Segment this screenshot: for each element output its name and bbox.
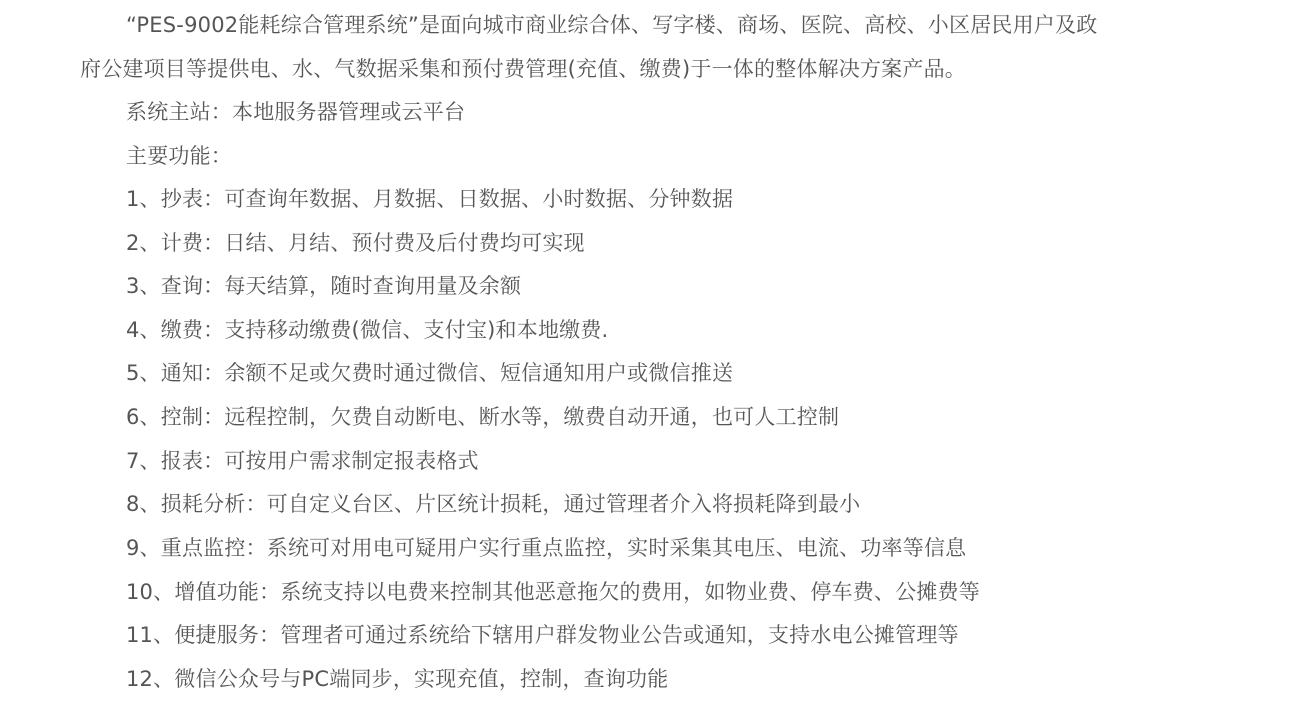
- master-station-text: 系统主站：本地服务器管理或云平台: [126, 97, 465, 127]
- functions-heading: 主要功能：: [126, 141, 232, 171]
- function-item: 6、控制：远程控制，欠费自动断电、断水等，缴费自动开通，也可人工控制: [126, 402, 839, 432]
- intro-paragraph-line-1: “PES-9002能耗综合管理系统”是面向城市商业综合体、写字楼、商场、医院、高…: [126, 10, 1097, 40]
- function-item: 5、通知：余额不足或欠费时通过微信、短信通知用户或微信推送: [126, 358, 733, 388]
- function-item: 1、抄表：可查询年数据、月数据、日数据、小时数据、分钟数据: [126, 184, 733, 214]
- function-item: 7、报表：可按用户需求制定报表格式: [126, 446, 479, 476]
- function-item: 12、微信公众号与PC端同步，实现充值，控制，查询功能: [126, 664, 668, 694]
- function-item: 4、缴费：支持移动缴费(微信、支付宝)和本地缴费.: [126, 315, 608, 345]
- function-item: 10、增值功能：系统支持以电费来控制其他恶意拖欠的费用，如物业费、停车费、公摊费…: [126, 577, 980, 607]
- function-item: 11、便捷服务：管理者可通过系统给下辖用户群发物业公告或通知，支持水电公摊管理等: [126, 620, 959, 650]
- function-item: 3、查询：每天结算，随时查询用量及余额: [126, 271, 521, 301]
- function-item: 8、损耗分析：可自定义台区、片区统计损耗，通过管理者介入将损耗降到最小: [126, 489, 860, 519]
- intro-paragraph-line-2: 府公建项目等提供电、水、气数据采集和预付费管理(充值、缴费)于一体的整体解决方案…: [80, 54, 966, 84]
- function-item: 2、计费：日结、月结、预付费及后付费均可实现: [126, 228, 585, 258]
- function-item: 9、重点监控：系统可对用电可疑用户实行重点监控，实时采集其电压、电流、功率等信息: [126, 533, 966, 563]
- document-body: “PES-9002能耗综合管理系统”是面向城市商业综合体、写字楼、商场、医院、高…: [0, 0, 1306, 712]
